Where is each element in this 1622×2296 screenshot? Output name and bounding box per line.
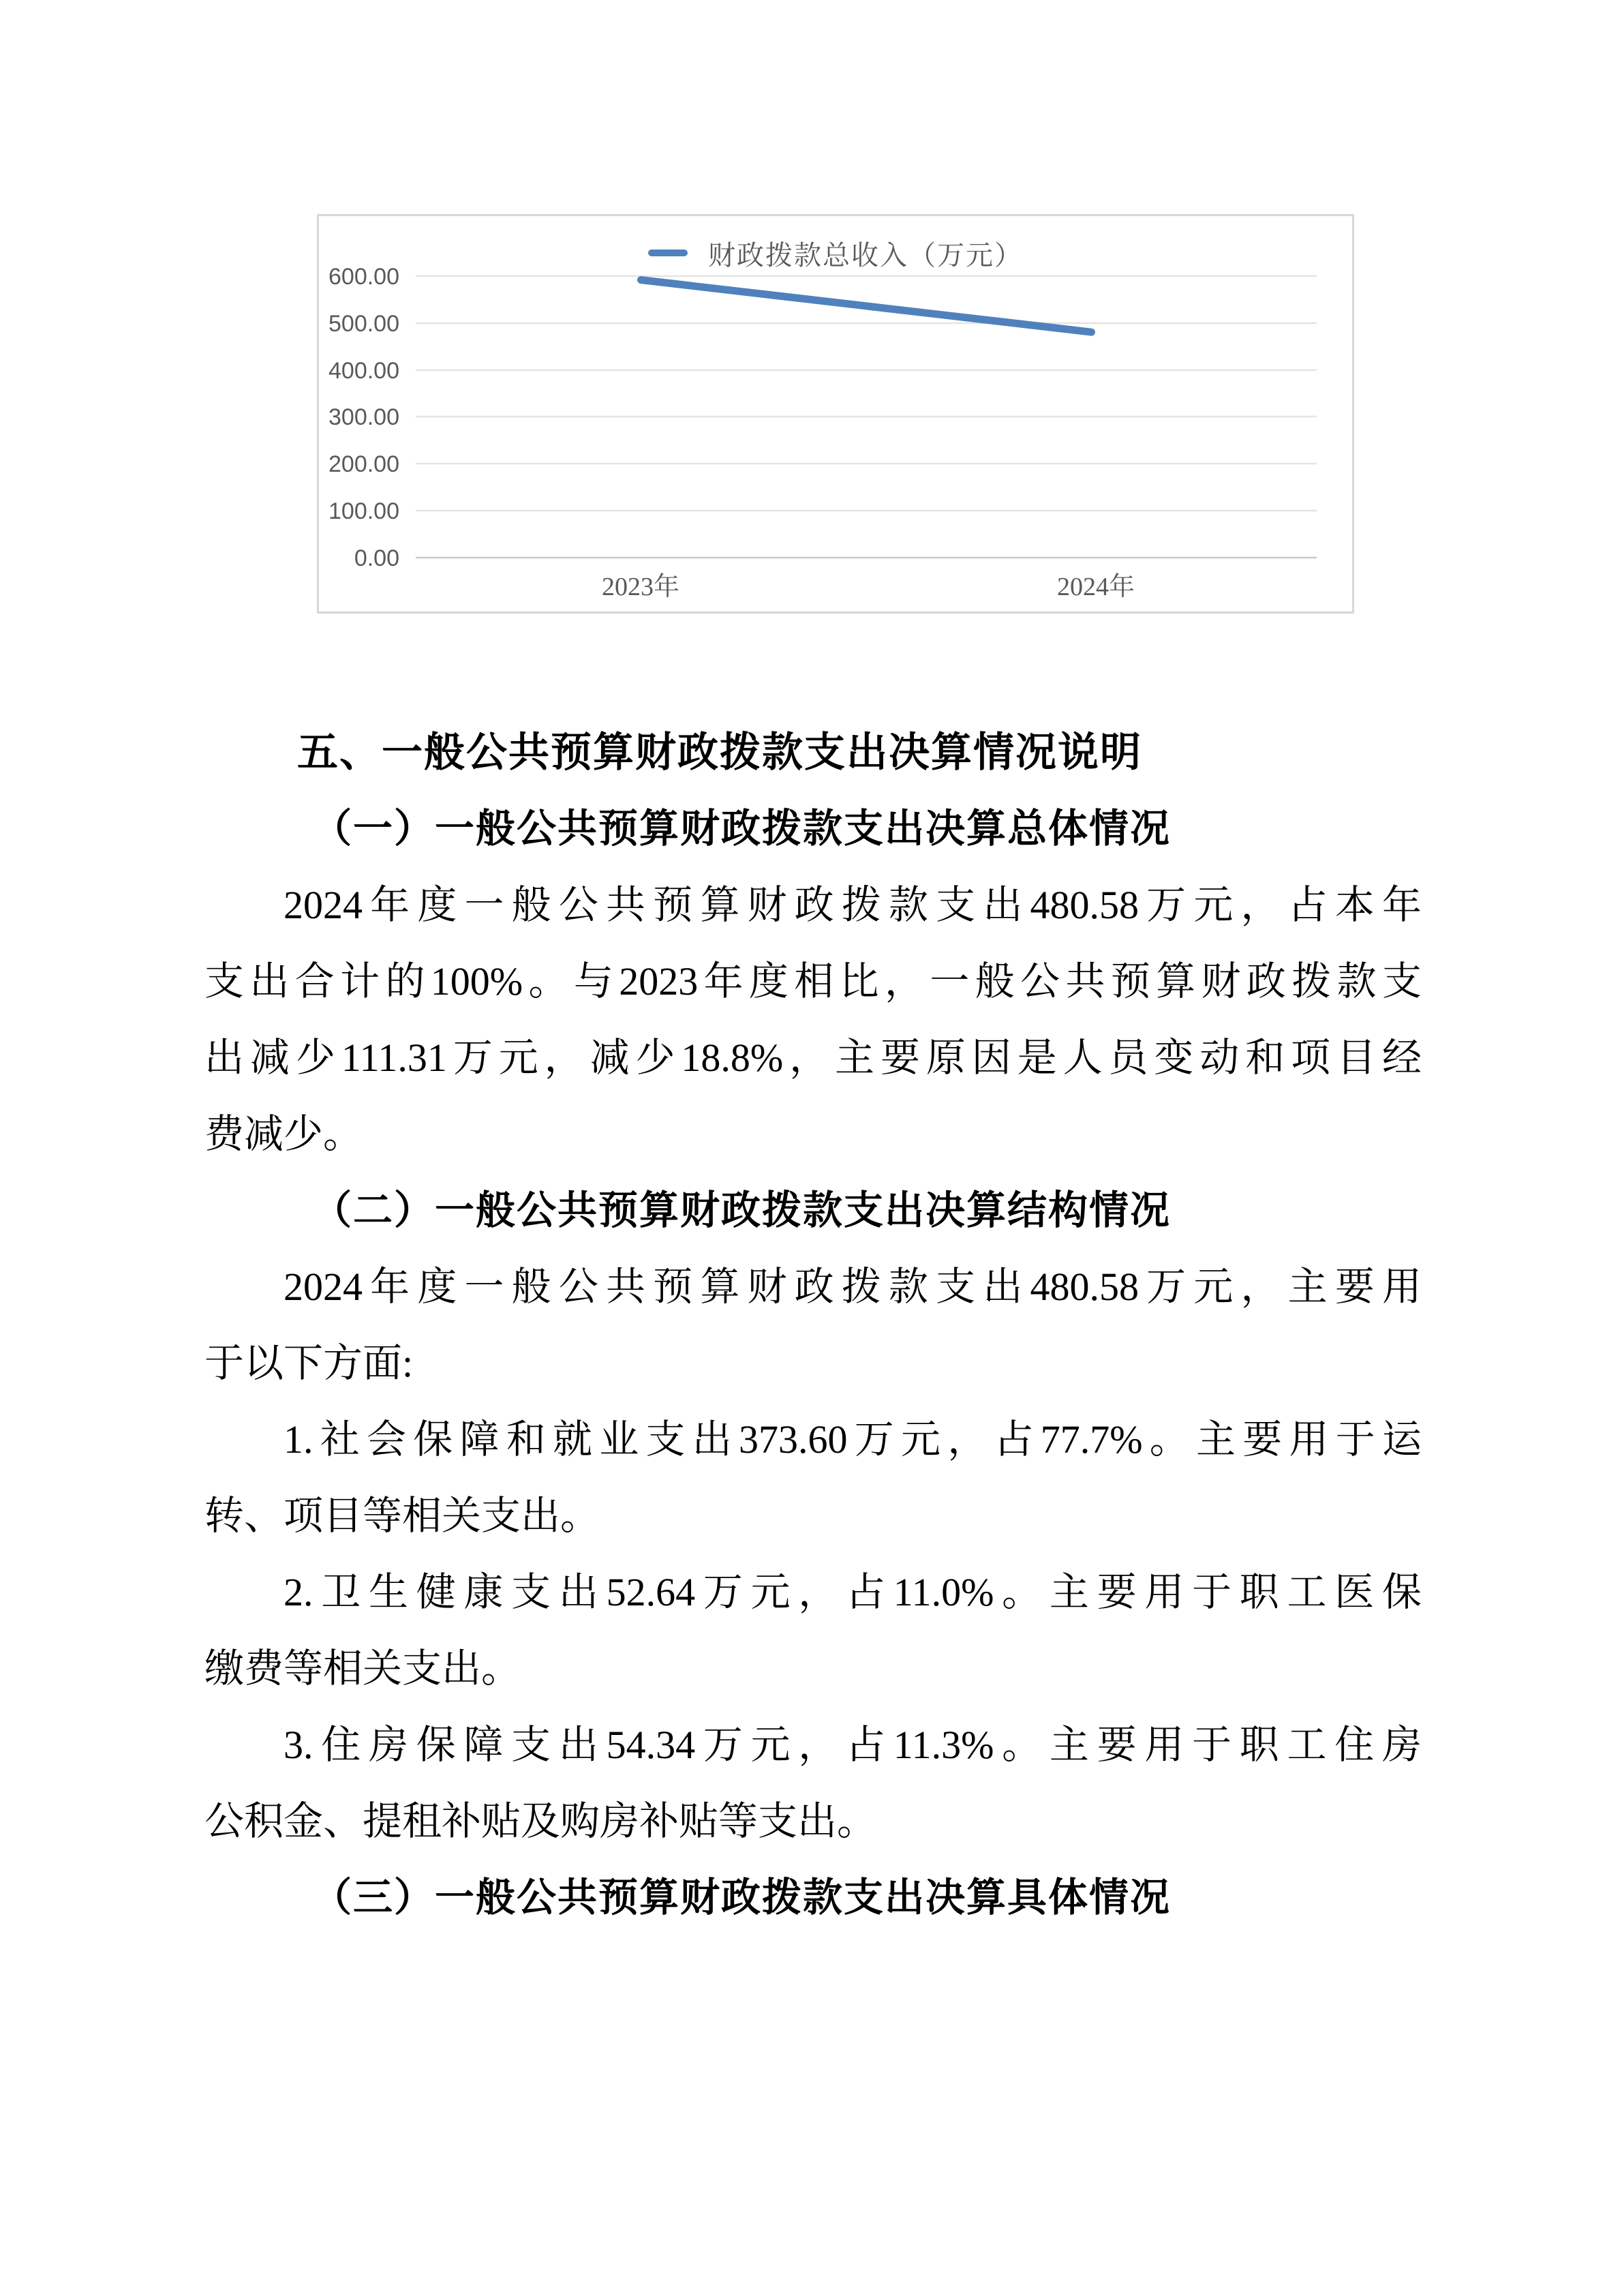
body-line: 2024年度一般公共预算财政拨款支出480.58万元，占本年 bbox=[204, 867, 1422, 943]
body-line: 1.社会保障和就业支出373.60万元，占77.7%。主要用于运 bbox=[204, 1402, 1422, 1478]
y-tick-label: 400.00 bbox=[328, 358, 399, 384]
body-line: 于以下方面: bbox=[204, 1325, 1422, 1402]
x-tick-label: 2024年 bbox=[1057, 573, 1135, 601]
body-line: 2024年度一般公共预算财政拨款支出480.58万元，主要用 bbox=[204, 1249, 1422, 1325]
subsection-heading: （二）一般公共预算财政拨款支出决算结构情况 bbox=[204, 1173, 1422, 1249]
body-line: 出减少111.31万元，减少18.8%，主要原因是人员变动和项目经 bbox=[204, 1020, 1422, 1096]
document-page: 财政拨款总收入（万元） 600.00 500.00 400.00 300.00 … bbox=[0, 0, 1622, 2296]
y-tick-label: 600.00 bbox=[328, 264, 399, 290]
y-axis-tick-labels: 600.00 500.00 400.00 300.00 200.00 100.0… bbox=[328, 264, 399, 571]
body-line: 3.住房保障支出54.34万元，占11.3%。主要用于职工住房 bbox=[204, 1707, 1422, 1783]
body-line: 缴费等相关支出。 bbox=[204, 1631, 1422, 1707]
chart-plot-area: 600.00 500.00 400.00 300.00 200.00 100.0… bbox=[319, 216, 1352, 611]
section-heading: 五、一般公共预算财政拨款支出决算情况说明 bbox=[204, 714, 1422, 791]
body-line: 2.卫生健康支出52.64万元，占11.0%。主要用于职工医保 bbox=[204, 1554, 1422, 1631]
body-line: 支出合计的100%。与2023年度相比，一般公共预算财政拨款支 bbox=[204, 943, 1422, 1020]
y-tick-label: 200.00 bbox=[328, 451, 399, 477]
subsection-heading: （三）一般公共预算财政拨款支出决算具体情况 bbox=[204, 1860, 1422, 1936]
income-line bbox=[641, 280, 1092, 333]
body-line: 费减少。 bbox=[204, 1096, 1422, 1173]
subsection-heading: （一）一般公共预算财政拨款支出决算总体情况 bbox=[204, 791, 1422, 867]
fiscal-income-chart: 财政拨款总收入（万元） 600.00 500.00 400.00 300.00 … bbox=[317, 214, 1354, 614]
x-tick-label: 2023年 bbox=[602, 573, 679, 601]
body-line: 转、项目等相关支出。 bbox=[204, 1478, 1422, 1554]
y-tick-label: 100.00 bbox=[328, 498, 399, 524]
body-line: 公积金、提租补贴及购房补贴等支出。 bbox=[204, 1783, 1422, 1860]
y-tick-label: 300.00 bbox=[328, 404, 399, 430]
x-axis-tick-labels: 2023年 2024年 bbox=[602, 573, 1135, 601]
document-body: 五、一般公共预算财政拨款支出决算情况说明 （一）一般公共预算财政拨款支出决算总体… bbox=[204, 714, 1422, 1936]
gridlines bbox=[416, 276, 1317, 511]
y-tick-label: 500.00 bbox=[328, 311, 399, 337]
y-tick-label: 0.00 bbox=[354, 545, 399, 571]
